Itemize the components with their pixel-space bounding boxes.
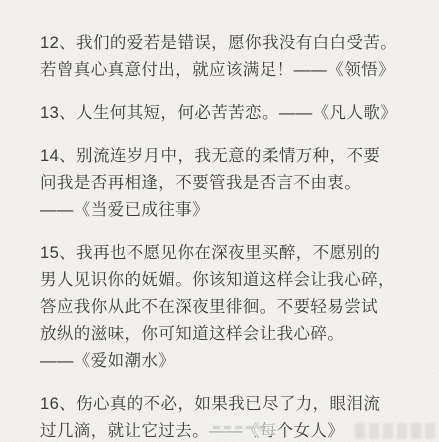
quote-12-line-1: 12、我们的爱若是错误，愿你我没有白白受苦。 (40, 30, 411, 57)
quotes-page: 12、我们的爱若是错误，愿你我没有白白受苦。 若曾真心真意付出，就应该满足！——… (0, 0, 439, 442)
quote-16-line-1: 16、伤心真的不必，如果我已尽了力，眼泪流 (40, 391, 411, 418)
quote-item-16: 16、伤心真的不必，如果我已尽了力，眼泪流 过几滴，就让它过去。——《每个女人》 (40, 391, 411, 442)
quote-15-line-4: 放纵的滋味，你可知道这样会让我心碎。 (40, 321, 411, 348)
quote-14-line-2: 问我是否再相逢，不要管我是否言不由衷。 (40, 170, 411, 197)
quote-12-line-2: 若曾真心真意付出，就应该满足！——《领悟》 (40, 57, 411, 84)
quote-15-line-5: ——《爱如潮水》 (40, 348, 411, 375)
quote-16-line-2: 过几滴，就让它过去。——《每个女人》 (40, 418, 411, 442)
quote-15-line-2: 男人见识你的妩媚。你该知道这样会让我心碎， (40, 267, 411, 294)
quote-item-13: 13、人生何其短，何必苦苦恋。——《凡人歌》 (40, 100, 411, 127)
quote-item-14: 14、别流连岁月中，我无意的柔情万种，不要 问我是否再相逢，不要管我是否言不由衷… (40, 143, 411, 224)
quote-14-line-1: 14、别流连岁月中，我无意的柔情万种，不要 (40, 143, 411, 170)
quote-14-line-3: ——《当爱已成往事》 (40, 197, 411, 224)
quote-13-line-1: 13、人生何其短，何必苦苦恋。——《凡人歌》 (40, 100, 411, 127)
quote-item-12: 12、我们的爱若是错误，愿你我没有白白受苦。 若曾真心真意付出，就应该满足！——… (40, 30, 411, 84)
quote-15-line-3: 答应我你从此不在深夜里徘徊。不要轻易尝试 (40, 294, 411, 321)
quote-15-line-1: 15、我再也不愿见你在深夜里买醉，不愿别的 (40, 240, 411, 267)
quote-item-15: 15、我再也不愿见你在深夜里买醉，不愿别的 男人见识你的妩媚。你该知道这样会让我… (40, 240, 411, 375)
